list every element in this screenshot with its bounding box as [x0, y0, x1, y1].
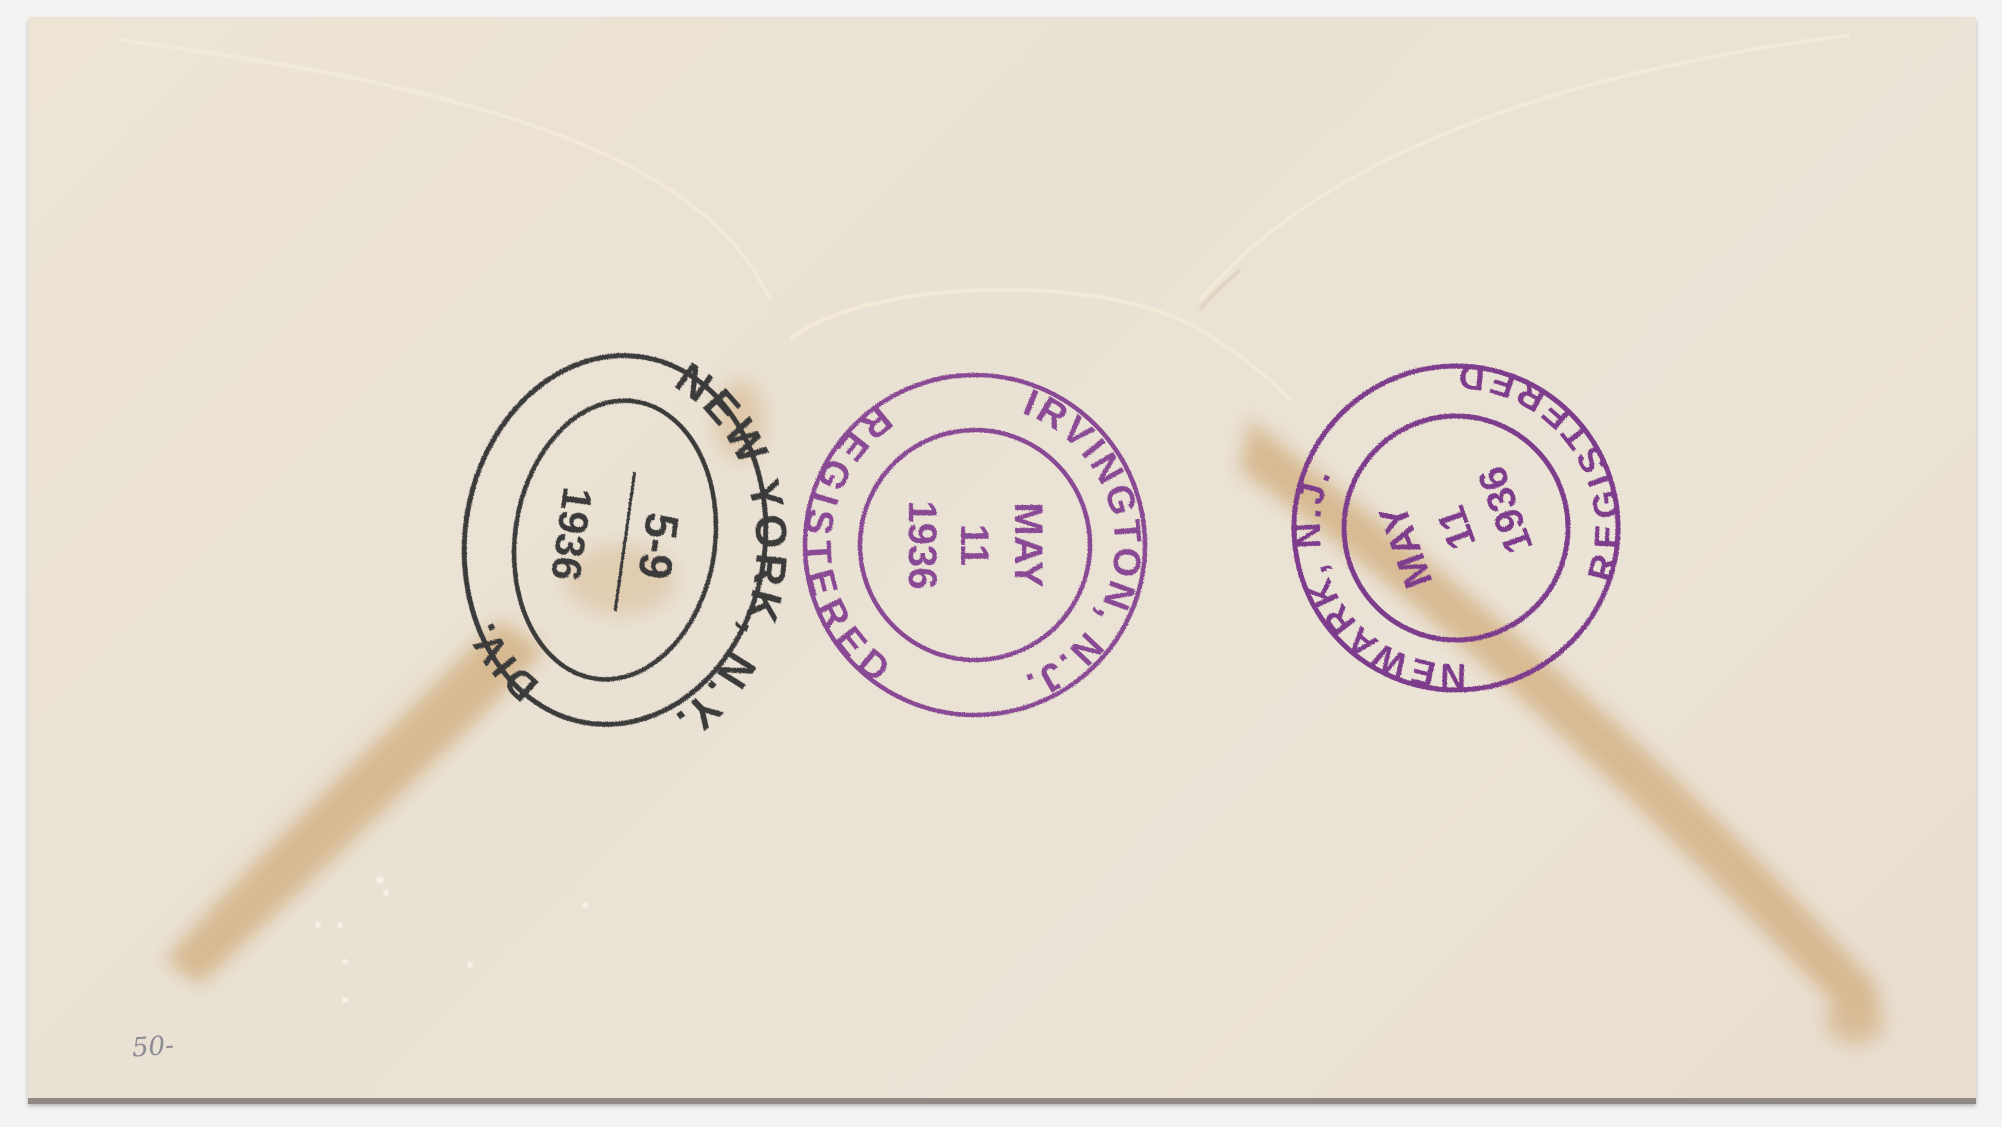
- envelope-artwork: NEW YORK, N.Y. DIV. 5-9 1936 IRVINGTON, …: [0, 0, 2002, 1127]
- glue-stains: [165, 380, 1885, 1045]
- irvington-registered-text: REGISTERED: [796, 397, 900, 693]
- envelope-scan: NEW YORK, N.Y. DIV. 5-9 1936 IRVINGTON, …: [0, 0, 2002, 1127]
- newark-registered-text: REGISTERED: [1436, 314, 1678, 600]
- svg-text:REGISTERED: REGISTERED: [796, 397, 900, 693]
- svg-text:REGISTERED: REGISTERED: [1436, 314, 1678, 600]
- newark-day: 11: [1429, 500, 1485, 555]
- envelope-flap-lines: [120, 35, 1850, 400]
- postmark-irvington: IRVINGTON, N.J. REGISTERED MAY 11 1936: [796, 375, 1149, 715]
- postmark-newark: NEWARK, N.J. REGISTERED MAY 11 1936: [1234, 310, 1680, 743]
- irvington-day: 11: [952, 524, 996, 566]
- embossed-dots: [315, 876, 588, 1003]
- pencil-price-note: 50-: [131, 1031, 175, 1064]
- newark-year: 1936: [1470, 461, 1542, 560]
- irvington-month: MAY: [1006, 502, 1050, 588]
- ny-date-text: 5-9: [628, 510, 689, 583]
- irvington-year: 1936: [900, 501, 944, 590]
